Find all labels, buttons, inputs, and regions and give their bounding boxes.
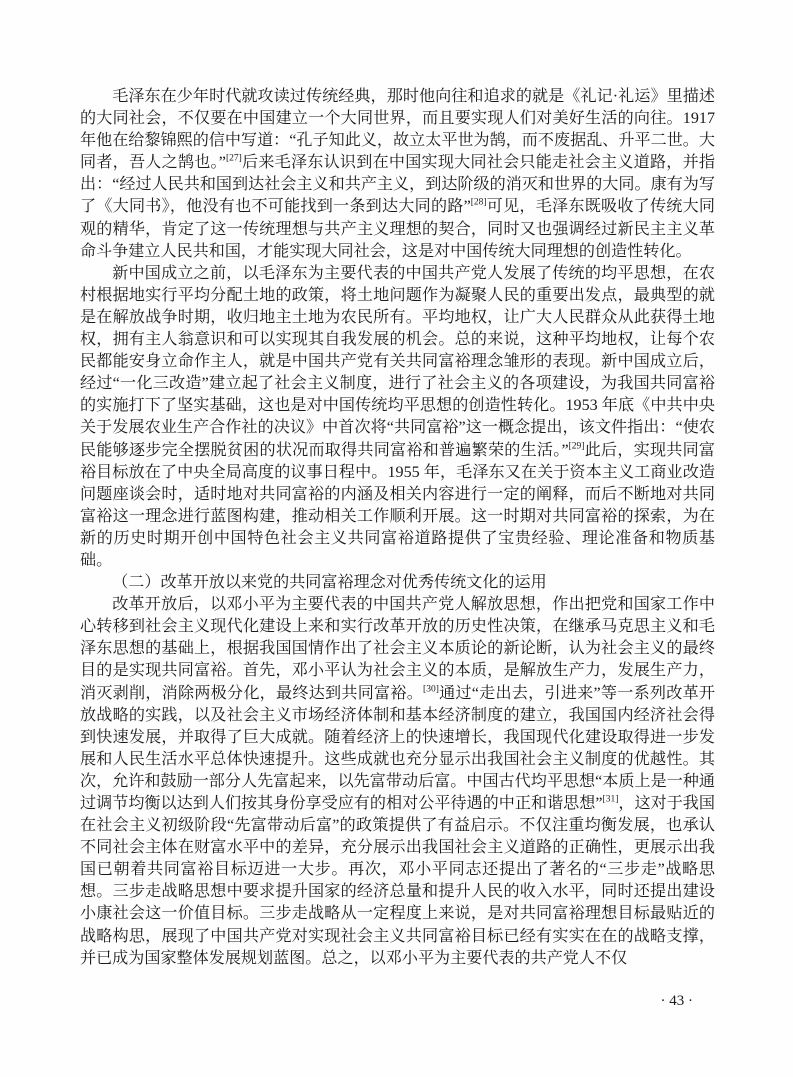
citation-ref: [29] bbox=[569, 441, 585, 451]
journal-page: 毛泽东在少年时代就攻读过传统经典，那时他向往和追求的就是《礼记·礼运》里描述的大… bbox=[0, 0, 793, 1077]
text-run: 通过“走出去，引进来”等一系列改革开放战略的实践，以及社会主义市场经济体制和基本… bbox=[80, 685, 715, 812]
text-run: 新中国成立之前，以毛泽东为主要代表的中国共产党人发展了传统的均平思想，在农村根据… bbox=[80, 265, 715, 459]
text-run: ，这对于我国在社会主义初级阶段“先富带动后富”的政策提供了有益启示。不仅注重均衡… bbox=[80, 795, 715, 967]
paragraph-prc-common-prosperity-origin: 新中国成立之前，以毛泽东为主要代表的中国共产党人发展了传统的均平思想，在农村根据… bbox=[80, 263, 715, 572]
text-run: （二）改革开放以来党的共同富裕理念对优秀传统文化的运用 bbox=[112, 574, 547, 591]
page-number: · 43 · bbox=[661, 993, 694, 1010]
document-body: 毛泽东在少年时代就攻读过传统经典，那时他向往和追求的就是《礼记·礼运》里描述的大… bbox=[80, 86, 715, 970]
paragraph-reform-opening-deng: 改革开放后，以邓小平为主要代表的中国共产党人解放思想，作出把党和国家工作中心转移… bbox=[80, 594, 715, 970]
citation-ref: [31] bbox=[603, 795, 619, 805]
paragraph-mao-datong-ideal: 毛泽东在少年时代就攻读过传统经典，那时他向往和追求的就是《礼记·礼运》里描述的大… bbox=[80, 86, 715, 263]
citation-ref: [30] bbox=[423, 684, 439, 694]
citation-ref: [28] bbox=[471, 198, 487, 208]
text-run: 此后，实现共同富裕目标放在了中央全局高度的议事日程中。1955 年，毛泽东又在关… bbox=[80, 442, 715, 569]
section-heading-2: （二）改革开放以来党的共同富裕理念对优秀传统文化的运用 bbox=[80, 572, 715, 594]
citation-ref: [27] bbox=[226, 154, 242, 164]
